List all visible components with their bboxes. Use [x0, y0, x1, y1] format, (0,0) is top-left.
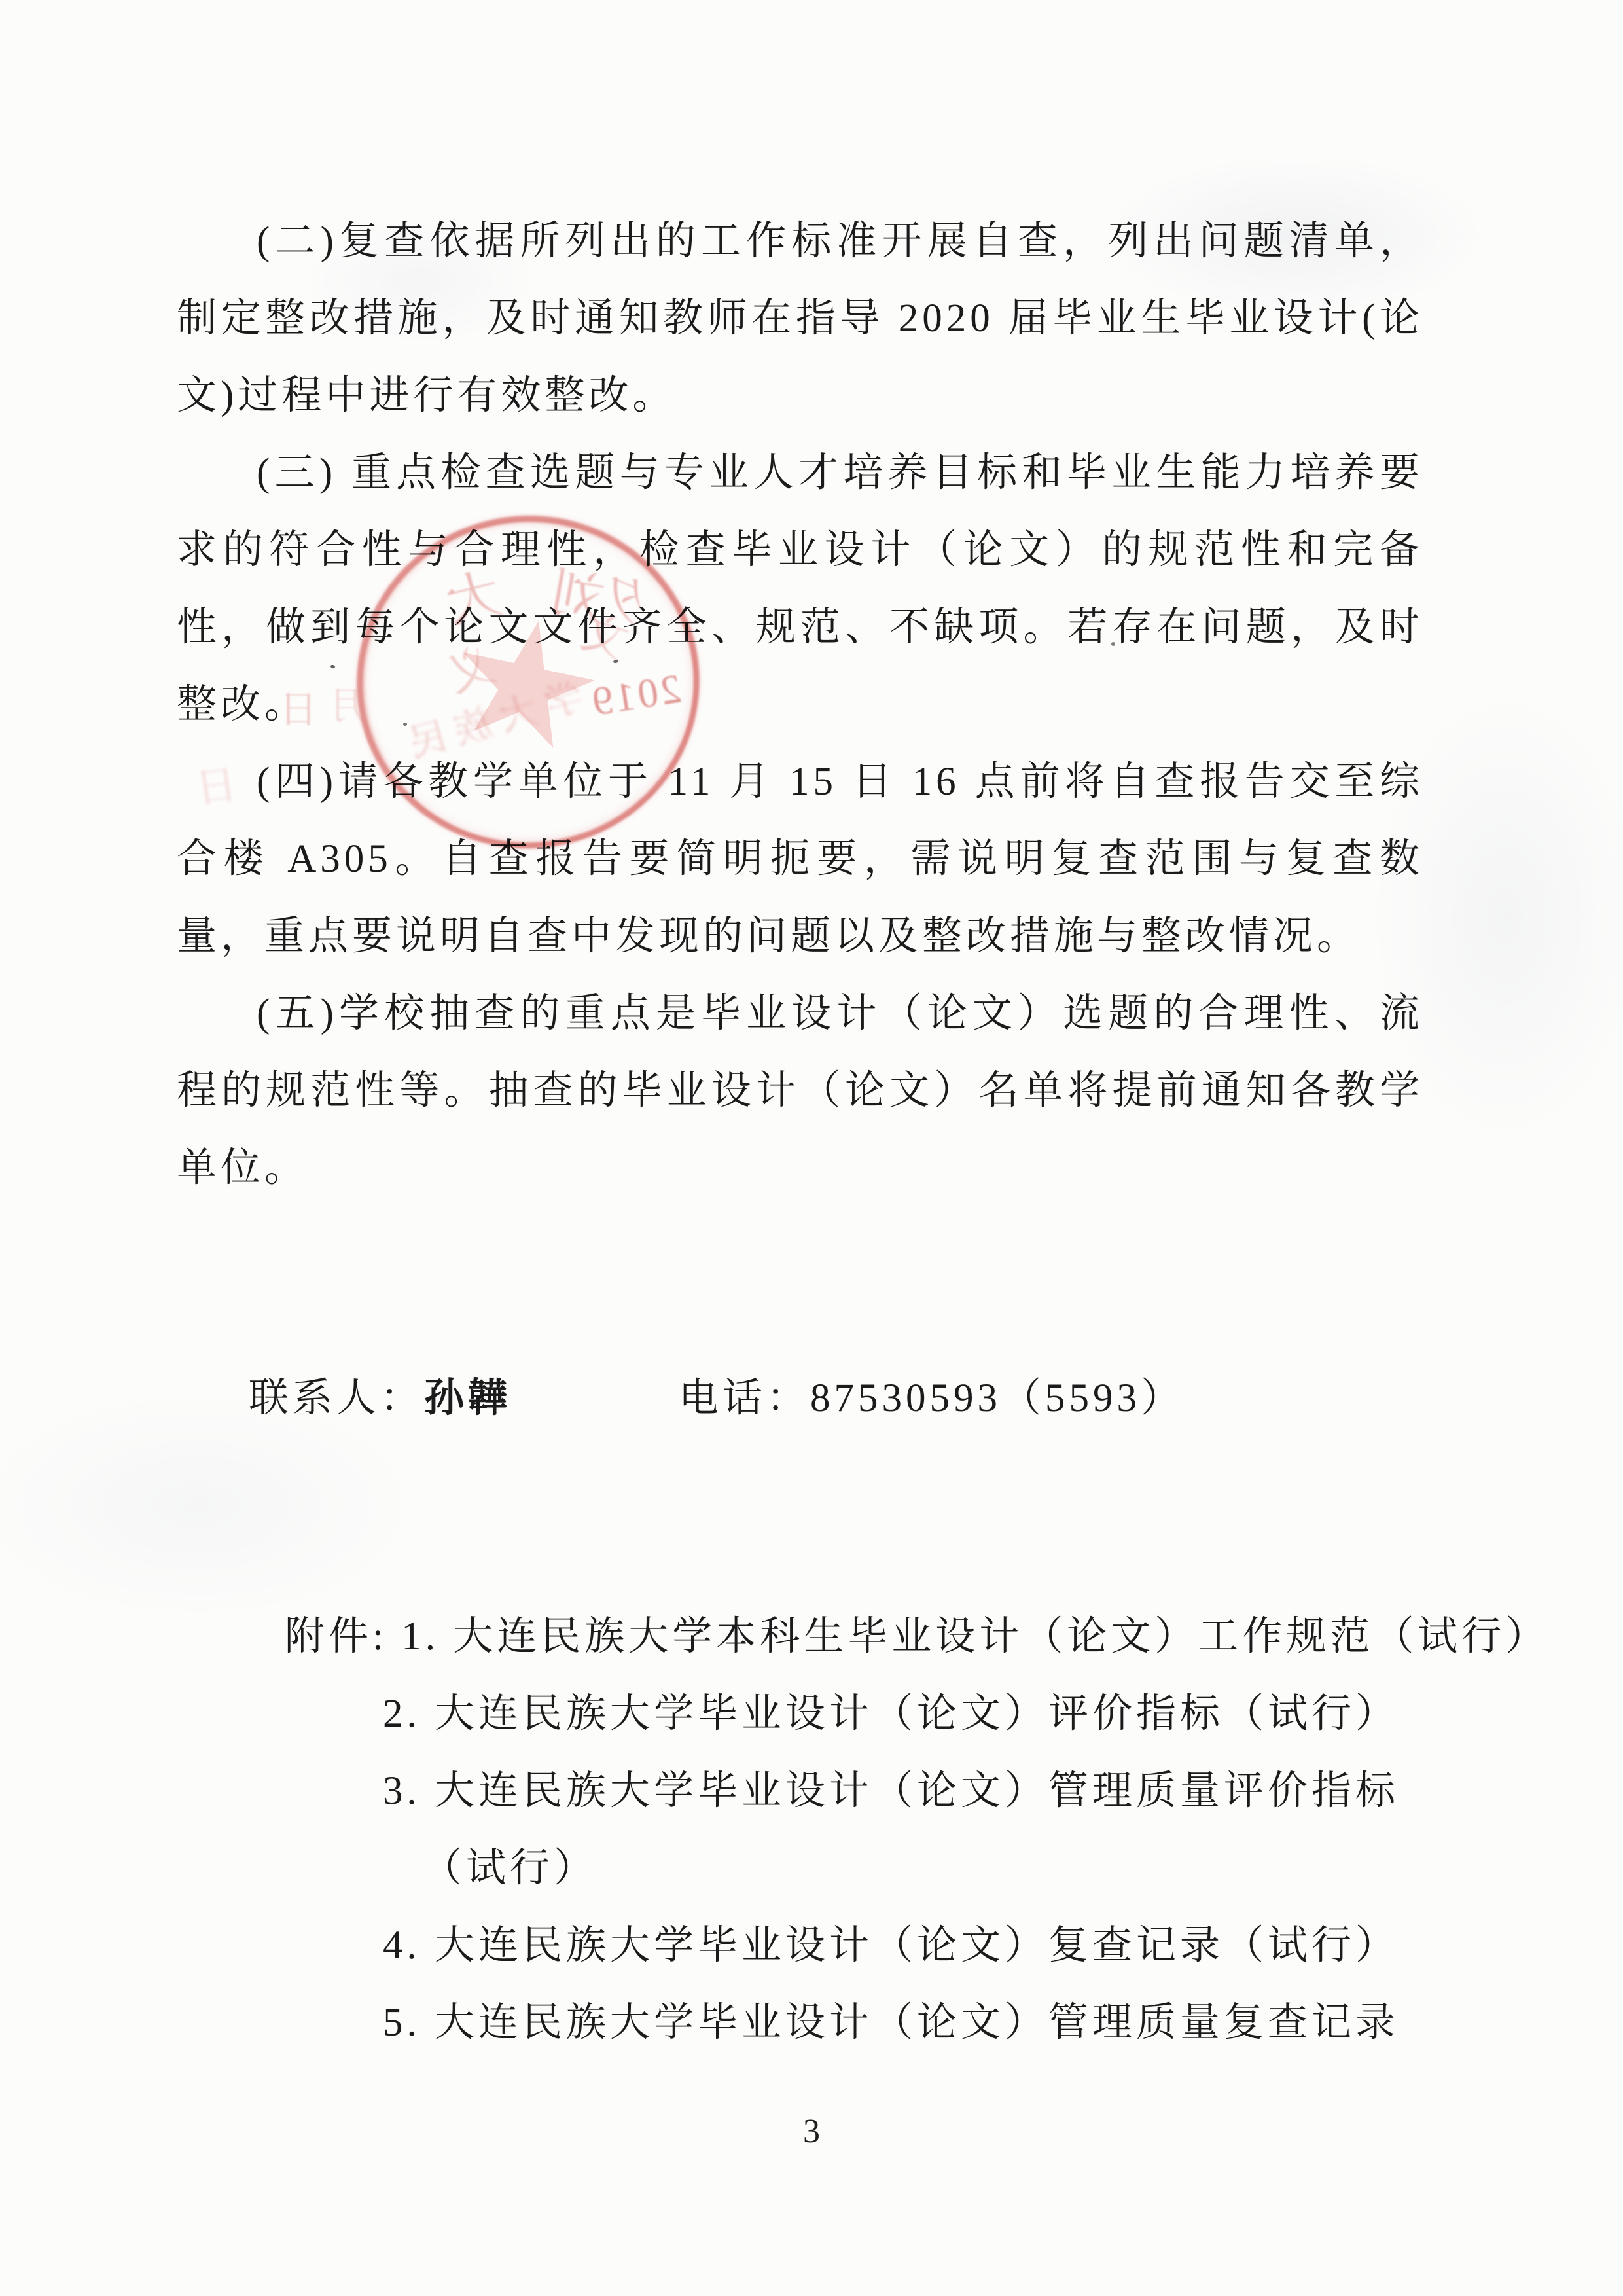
document-body: (二)复查依据所列出的工作标准开展自查，列出问题清单，制定整改措施，及时通知教师…: [0, 0, 1623, 2062]
attachment-line-5: 5. 大连民族大学毕业设计（论文）管理质量复查记录: [177, 1984, 1423, 2062]
attachment-line-1: 附件: 1. 大连民族大学本科生毕业设计（论文）工作规范（试行）: [177, 1598, 1423, 1676]
phone-number: 87530593（5593）: [810, 1376, 1185, 1420]
attachment-line-4: 4. 大连民族大学毕业设计（论文）复查记录（试行）: [177, 1907, 1423, 1984]
contact-name: 孙韡: [424, 1376, 512, 1420]
paragraph-item-5: (五)学校抽查的重点是毕业设计（论文）选题的合理性、流程的规范性等。抽查的毕业设…: [177, 975, 1423, 1207]
paragraph-item-4: (四)请各教学单位于 11 月 15 日 16 点前将自查报告交至综合楼 A30…: [177, 744, 1423, 975]
paragraph-item-3: (三) 重点检查选题与专业人才培养目标和毕业生能力培养要求的符合性与合理性，检查…: [177, 435, 1423, 744]
attachment-line-3: 3. 大连民族大学毕业设计（论文）管理质量评价指标: [177, 1753, 1423, 1830]
document-page: (二)复查依据所列出的工作标准开展自查，列出问题清单，制定整改措施，及时通知教师…: [0, 0, 1623, 2296]
paragraph-item-2: (二)复查依据所列出的工作标准开展自查，列出问题清单，制定整改措施，及时通知教师…: [177, 203, 1423, 435]
attachment-line-2: 2. 大连民族大学毕业设计（论文）评价指标（试行）: [177, 1676, 1423, 1753]
phone-label: 电话：: [679, 1376, 810, 1420]
attachment-line-3-continuation: （试行）: [177, 1830, 1423, 1907]
contact-label: 联系人：: [249, 1376, 424, 1420]
page-number: 3: [0, 2109, 1623, 2155]
attachments-list: 附件: 1. 大连民族大学本科生毕业设计（论文）工作规范（试行） 2. 大连民族…: [177, 1598, 1423, 2062]
contact-line: 联系人：孙韡电话：87530593（5593）: [177, 1360, 1423, 1437]
